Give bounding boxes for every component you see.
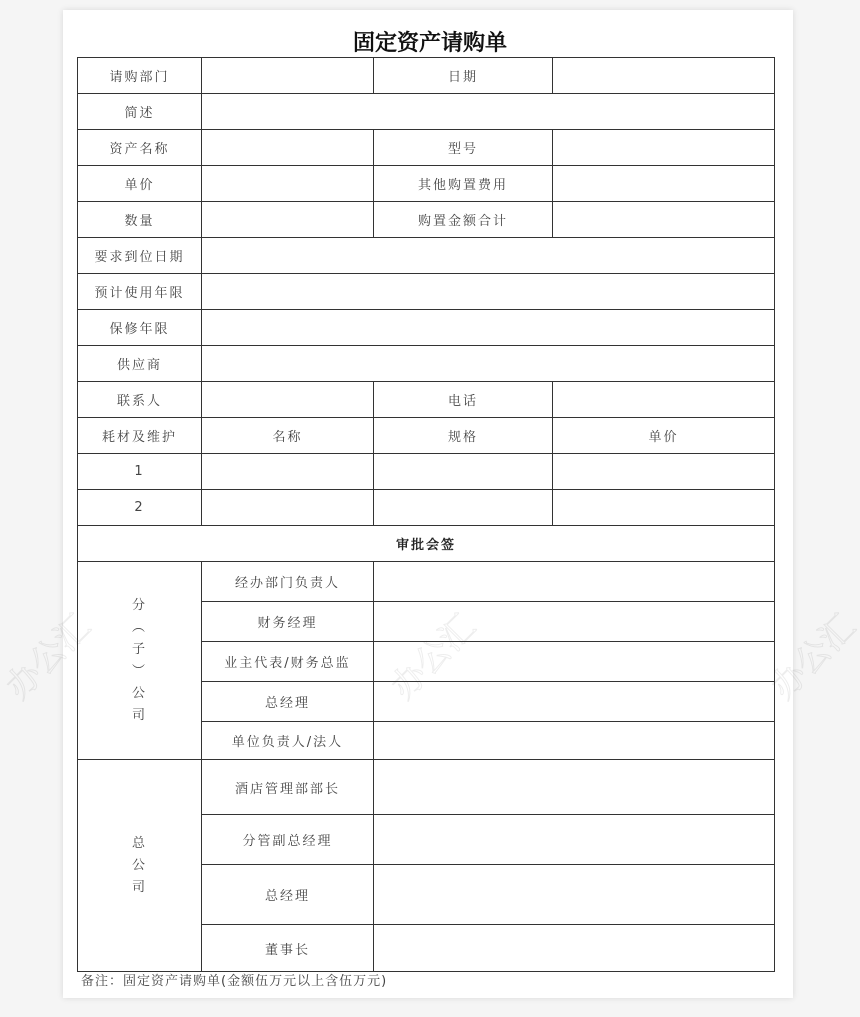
label-unit-price: 单价	[78, 166, 202, 202]
role-dept-head: 经办部门负责人	[202, 562, 374, 602]
item-number: 2	[78, 490, 202, 526]
signature-field[interactable]	[374, 642, 775, 682]
label-contact: 联系人	[78, 382, 202, 418]
role-legal-rep: 单位负责人/法人	[202, 722, 374, 760]
field-required-date[interactable]	[202, 238, 775, 274]
item-number: 1	[78, 454, 202, 490]
field-asset-name[interactable]	[202, 130, 374, 166]
role-head-gm: 总经理	[202, 865, 374, 925]
field-unit-price[interactable]	[202, 166, 374, 202]
signature-field[interactable]	[374, 562, 775, 602]
field-supplier[interactable]	[202, 346, 775, 382]
signature-field[interactable]	[374, 865, 775, 925]
role-general-manager: 总经理	[202, 682, 374, 722]
role-chairman: 董事长	[202, 925, 374, 972]
label-head-office: 总 公 司	[78, 760, 202, 972]
label-warranty: 保修年限	[78, 310, 202, 346]
signature-field[interactable]	[374, 760, 775, 815]
role-deputy-gm: 分管副总经理	[202, 815, 374, 865]
field-model[interactable]	[553, 130, 775, 166]
purchase-request-form: 请购部门 日期 简述 资产名称 型号 单价 其他购置费用 数量 购置金额合计	[77, 57, 775, 972]
field-phone[interactable]	[553, 382, 775, 418]
label-service-life: 预计使用年限	[78, 274, 202, 310]
field-item-price[interactable]	[553, 454, 775, 490]
field-date[interactable]	[553, 58, 775, 94]
field-warranty[interactable]	[202, 310, 775, 346]
signature-field[interactable]	[374, 815, 775, 865]
field-service-life[interactable]	[202, 274, 775, 310]
role-finance-manager: 财务经理	[202, 602, 374, 642]
signature-field[interactable]	[374, 602, 775, 642]
field-item-spec[interactable]	[374, 490, 553, 526]
field-item-spec[interactable]	[374, 454, 553, 490]
role-hotel-mgmt-director: 酒店管理部部长	[202, 760, 374, 815]
label-department: 请购部门	[78, 58, 202, 94]
label-other-costs: 其他购置费用	[374, 166, 553, 202]
footnote: 备注：固定资产请购单(金额伍万元以上含伍万元)	[81, 970, 387, 989]
label-asset-name: 资产名称	[78, 130, 202, 166]
field-total-amount[interactable]	[553, 202, 775, 238]
field-item-price[interactable]	[553, 490, 775, 526]
field-department[interactable]	[202, 58, 374, 94]
field-quantity[interactable]	[202, 202, 374, 238]
field-item-name[interactable]	[202, 454, 374, 490]
signature-field[interactable]	[374, 682, 775, 722]
label-supplier: 供应商	[78, 346, 202, 382]
table-row: 2	[78, 490, 775, 526]
header-name: 名称	[202, 418, 374, 454]
signature-field[interactable]	[374, 722, 775, 760]
label-phone: 电话	[374, 382, 553, 418]
label-required-date: 要求到位日期	[78, 238, 202, 274]
field-other-costs[interactable]	[553, 166, 775, 202]
field-item-name[interactable]	[202, 490, 374, 526]
header-price: 单价	[553, 418, 775, 454]
header-spec: 规格	[374, 418, 553, 454]
document-title: 固定资产请购单	[0, 26, 860, 57]
label-model: 型号	[374, 130, 553, 166]
label-description: 简述	[78, 94, 202, 130]
label-branch-company: 分 ︵ 子 ︶ 公 司	[78, 562, 202, 760]
label-consumables: 耗材及维护	[78, 418, 202, 454]
label-quantity: 数量	[78, 202, 202, 238]
signature-field[interactable]	[374, 925, 775, 972]
field-description[interactable]	[202, 94, 775, 130]
role-owner-rep: 业主代表/财务总监	[202, 642, 374, 682]
approval-heading: 审批会签	[78, 526, 775, 562]
label-date: 日期	[374, 58, 553, 94]
field-contact[interactable]	[202, 382, 374, 418]
label-total-amount: 购置金额合计	[374, 202, 553, 238]
table-row: 1	[78, 454, 775, 490]
